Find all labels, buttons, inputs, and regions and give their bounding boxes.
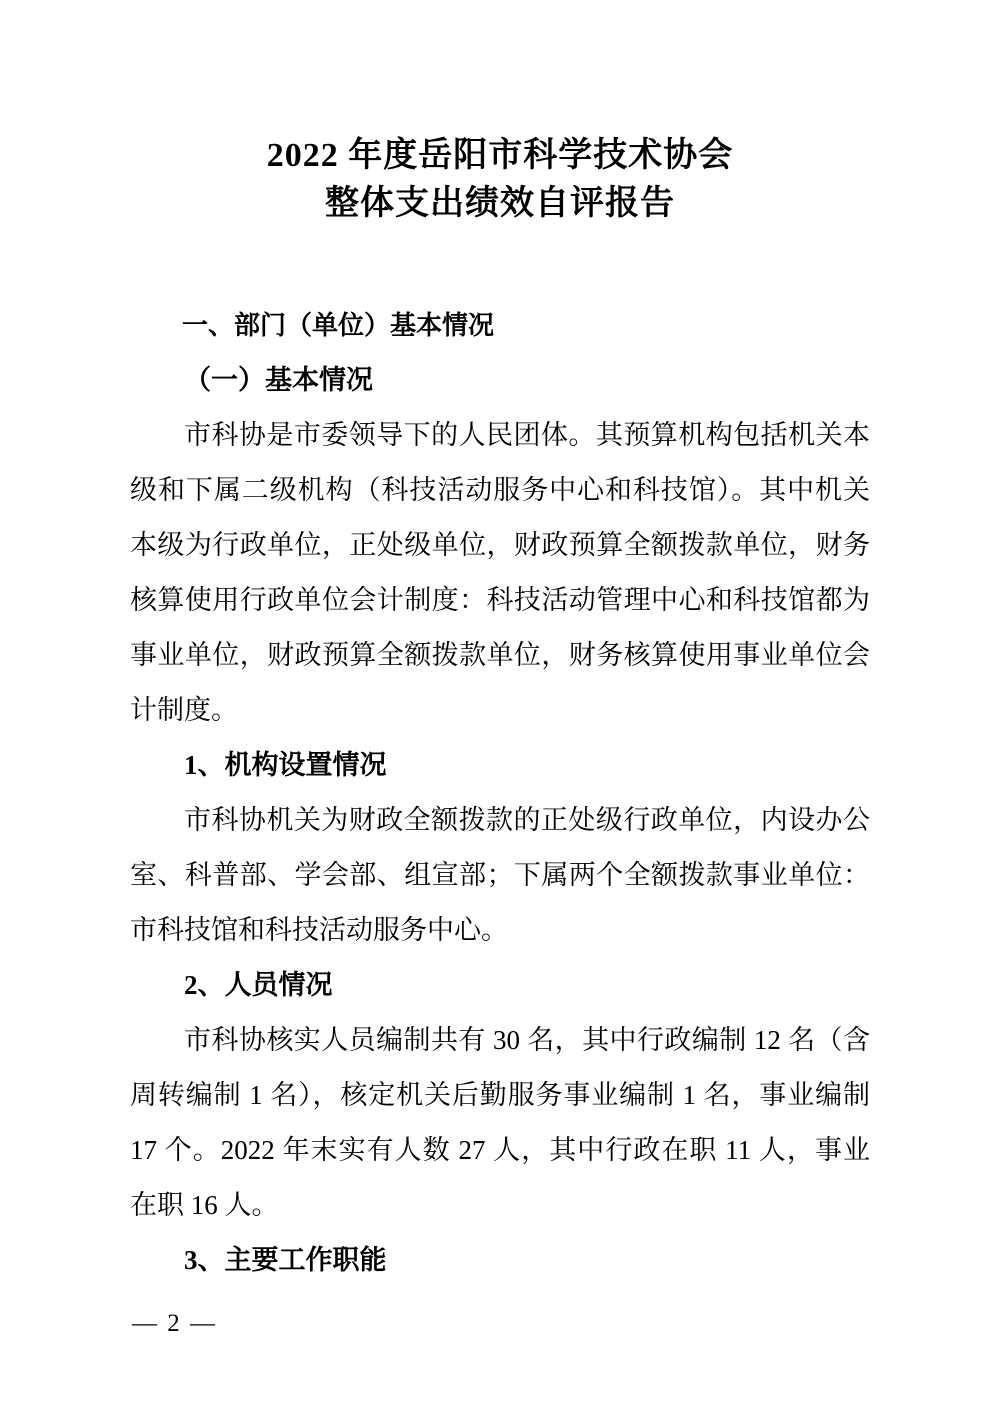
- page-number: — 2 —: [132, 1310, 217, 1338]
- document-page: 2022 年度岳阳市科学技术协会 整体支出绩效自评报告 一、部门（单位）基本情况…: [0, 0, 1000, 1414]
- paragraph-basic-situation: 市科协是市委领导下的人民团体。其预算机构包括机关本级和下属二级机构（科技活动服务…: [130, 408, 870, 738]
- document-body: 一、部门（单位）基本情况 （一）基本情况 市科协是市委领导下的人民团体。其预算机…: [130, 298, 870, 1288]
- document-title: 2022 年度岳阳市科学技术协会 整体支出绩效自评报告: [0, 132, 1000, 228]
- subsection-heading-main-functions: 3、主要工作职能: [130, 1233, 870, 1288]
- document-title-line2: 整体支出绩效自评报告: [0, 180, 1000, 228]
- paragraph-personnel: 市科协核实人员编制共有 30 名，其中行政编制 12 名（含周转编制 1 名），…: [130, 1013, 870, 1233]
- section-heading-1: 一、部门（单位）基本情况: [130, 298, 870, 353]
- subsection-heading-personnel: 2、人员情况: [130, 958, 870, 1013]
- document-title-line1: 2022 年度岳阳市科学技术协会: [0, 132, 1000, 180]
- subsection-heading-1-1: （一）基本情况: [130, 353, 870, 408]
- subsection-heading-org-setup: 1、机构设置情况: [130, 738, 870, 793]
- paragraph-org-setup: 市科协机关为财政全额拨款的正处级行政单位，内设办公室、科普部、学会部、组宣部；下…: [130, 793, 870, 958]
